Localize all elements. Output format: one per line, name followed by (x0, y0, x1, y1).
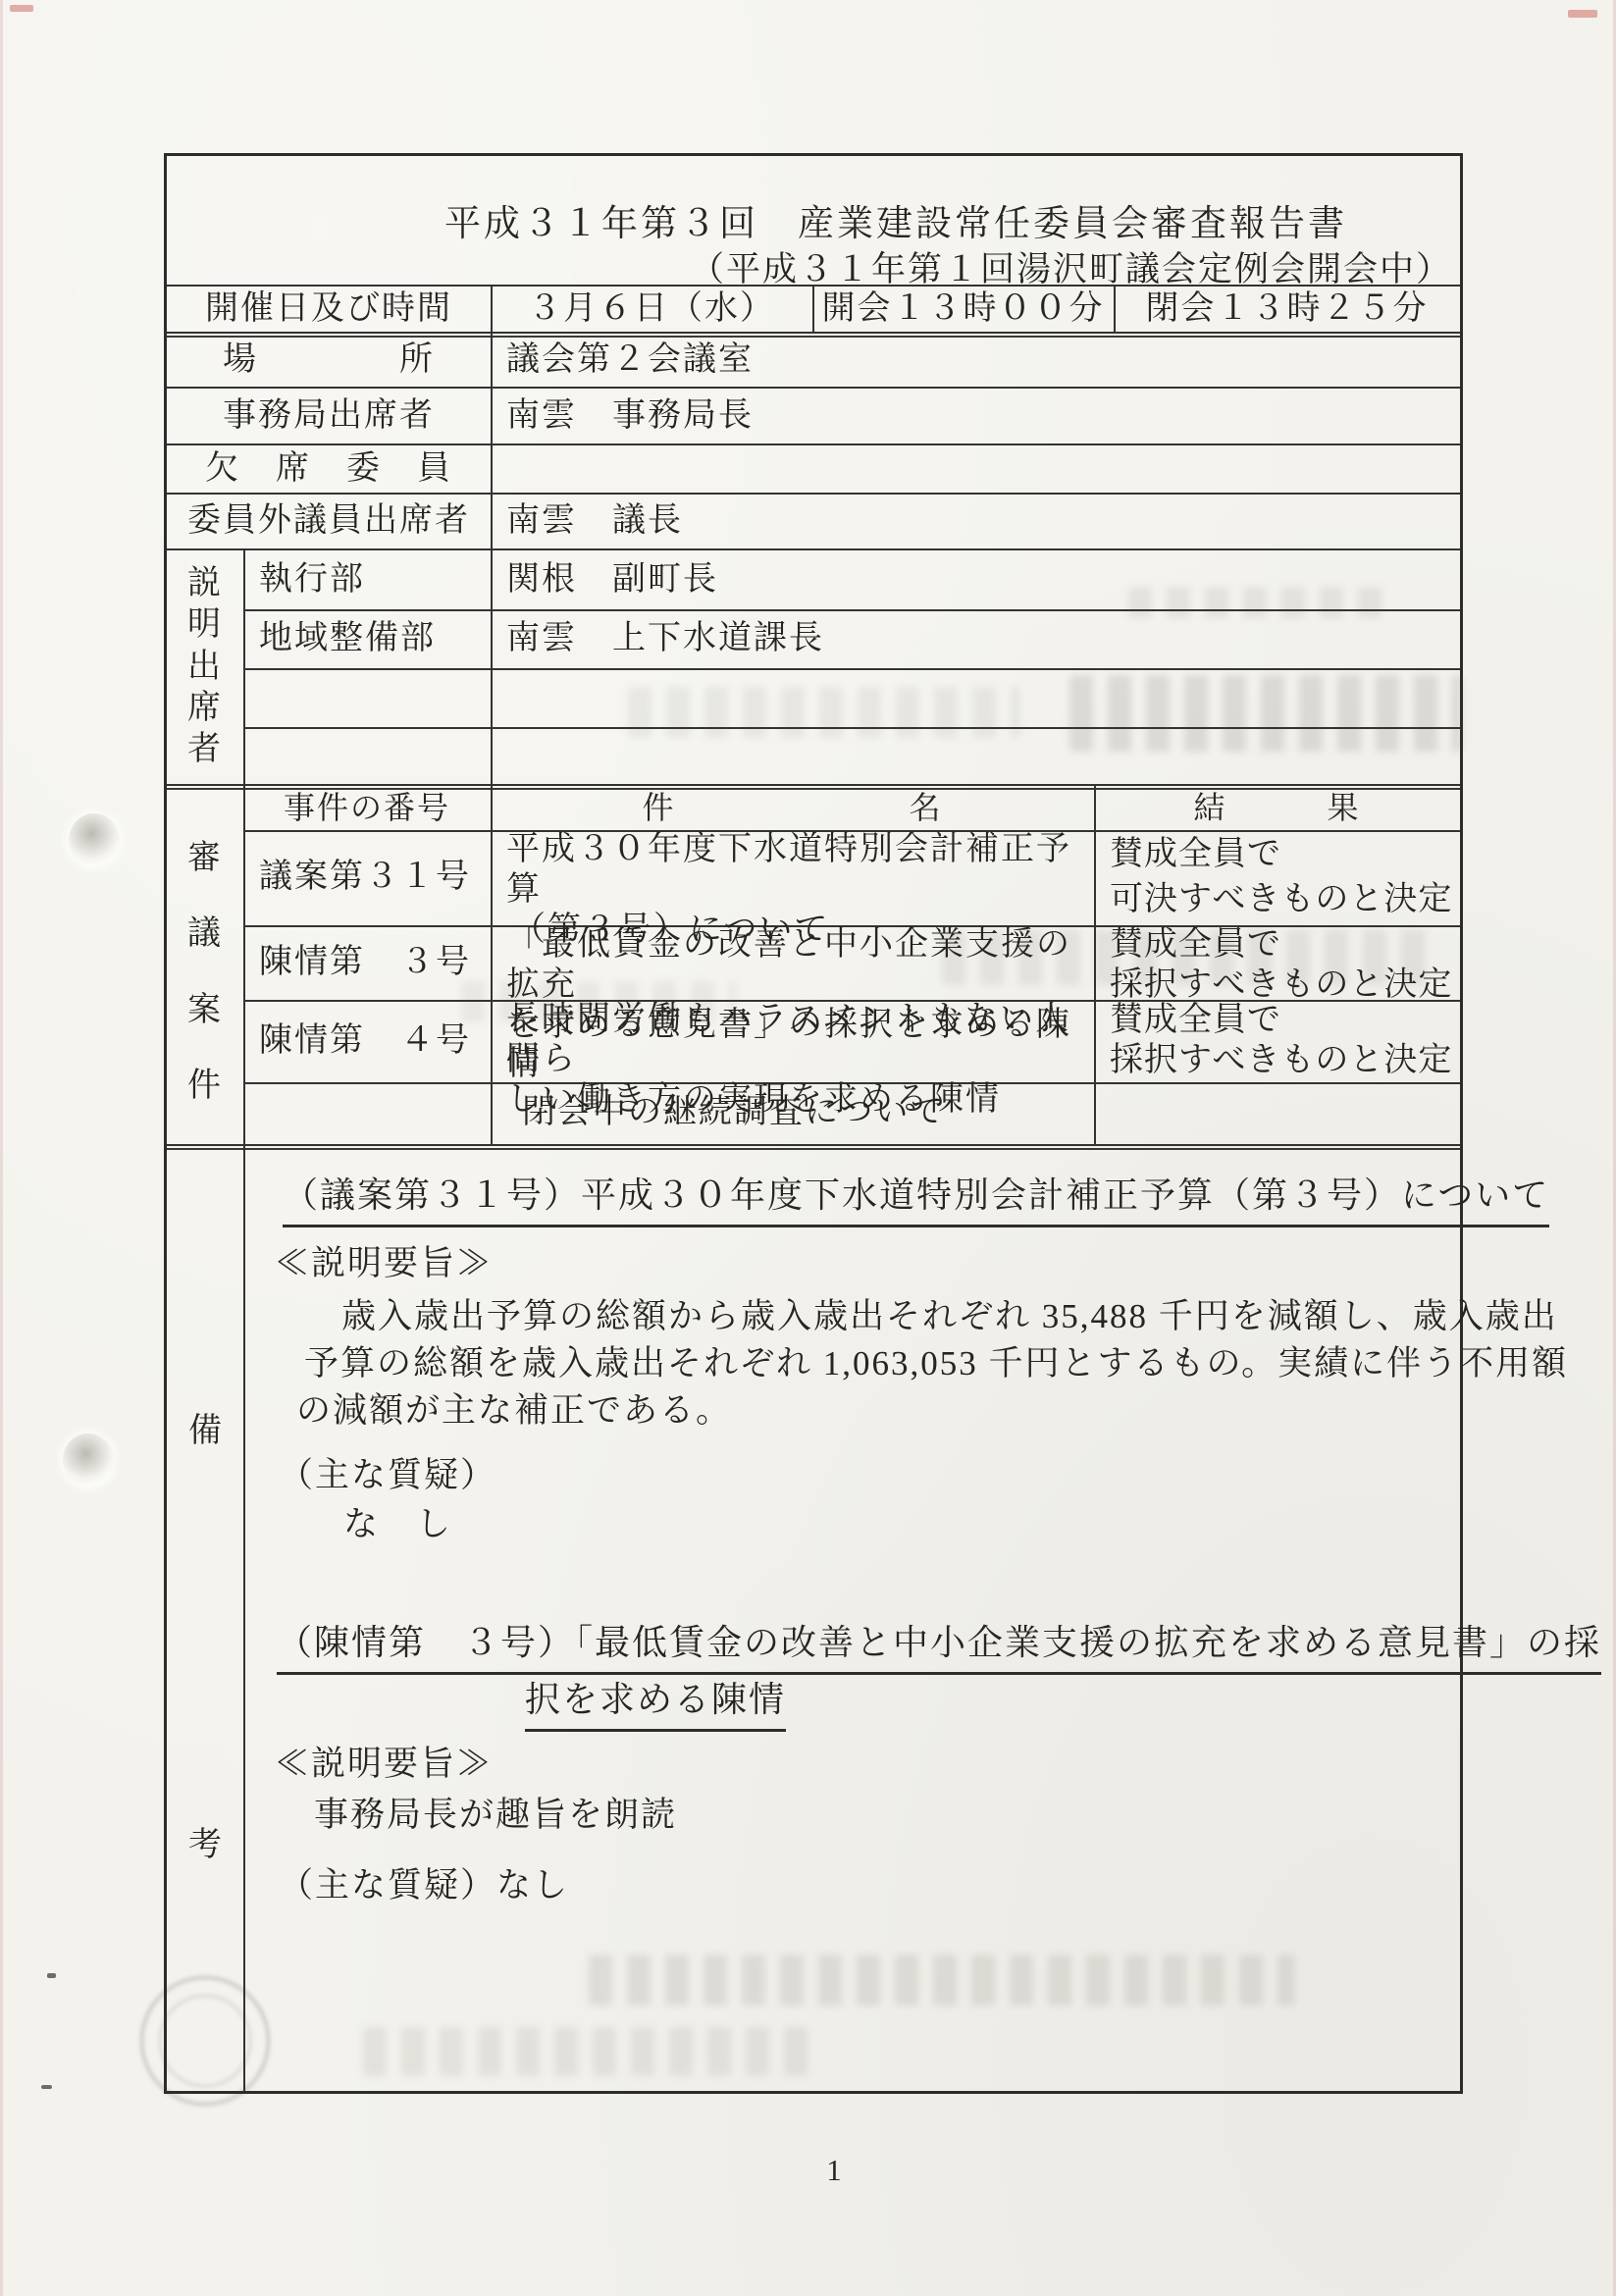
place-label: 場 所 (167, 334, 491, 387)
agenda-item-name: 長時間労働もハラスメントもない人間ら しい働き方の実現を求める陳情 (491, 1000, 1094, 1082)
case2-heading-line1: （陳情第 ３号）「最低賃金の改善と中小企業支援の拡充を求める意見書」の採 (277, 1615, 1601, 1675)
vertical-char: 出 (187, 648, 223, 688)
explain-attendees-vertical-label: 説 明 出 席 者 (167, 550, 243, 784)
secretariat-row: 事務局出席者 南雲 事務局長 (167, 389, 1460, 445)
scan-speck (41, 2085, 52, 2089)
agenda-item-result: 賛成全員で 採択すべきものと決定 (1094, 1000, 1460, 1082)
explain-dept (243, 727, 491, 786)
agenda-item-result-line: 賛成全員で (1110, 925, 1281, 965)
schedule-close-time: 閉会１３時２５分 (1114, 287, 1460, 332)
punch-hole (63, 1434, 114, 1487)
remarks-section: 備 考 （議案第３１号）平成３０年度下水道特別会計補正予算（第３号）について ≪… (167, 1146, 1460, 2091)
schedule-label: 開催日及び時間 (167, 287, 491, 332)
explain-dept: 地域整備部 (243, 609, 491, 668)
absent-row: 欠 席 委 員 (167, 445, 1460, 495)
report-table: 平成３１年第３回 産業建設常任委員会審査報告書 （平成３１年第１回湯沢町議会定例… (164, 153, 1463, 2094)
case1-question-label: （主な質疑） (279, 1448, 496, 1497)
scan-speck (47, 1973, 56, 1978)
agenda-item-name: 「最低賃金の改善と中小企業支援の拡充 を求める意見書」の採択を求める陳情 (491, 925, 1094, 1000)
agenda-item-name-line: 長時間労働もハラスメントもない人間ら (506, 1000, 1094, 1080)
vertical-char: 者 (187, 730, 223, 770)
explain-person: 南雲 上下水道課長 (491, 609, 1460, 668)
scan-artifact-mark (1568, 10, 1597, 18)
case2-heading-line2: 択を求める陳情 (525, 1672, 786, 1732)
agenda-item-result-line: 可決すべきものと決定 (1110, 880, 1452, 920)
outside-member-label: 委員外議員出席者 (167, 495, 491, 548)
explain-dept (243, 668, 491, 727)
explain-person (491, 727, 1460, 786)
place-value: 議会第２会議室 (491, 334, 1460, 387)
schedule-date: ３月６日（水） (491, 287, 812, 332)
explain-dept: 執行部 (243, 550, 491, 609)
agenda-header-name: 件 名 (491, 786, 1094, 830)
agenda-item-number: 陳情第 ３号 (243, 925, 491, 1000)
explain-person (491, 668, 1460, 727)
vertical-char: 説 (187, 564, 223, 604)
case2-summary-label: ≪説明要旨≫ (275, 1737, 493, 1786)
scan-edge-left (0, 0, 3, 2296)
report-title: 平成３１年第３回 産業建設常任委員会審査報告書 (444, 193, 1347, 246)
report-subtitle: （平成３１年第１回湯沢町議会定例会開会中） (690, 242, 1452, 291)
agenda-header-result: 結 果 (1094, 786, 1460, 830)
agenda-item-name: 平成３０年度下水道特別会計補正予算 （第３号）について (491, 830, 1094, 925)
agenda-item-result: 賛成全員で 可決すべきものと決定 (1094, 830, 1460, 925)
explain-person: 関根 副町長 (491, 550, 1460, 609)
scan-artifact-mark (10, 5, 33, 12)
page-number: 1 (800, 2153, 868, 2188)
secretariat-label: 事務局出席者 (167, 389, 491, 444)
remarks-vertical-char: 考 (167, 1817, 243, 1865)
absent-label: 欠 席 委 員 (167, 445, 491, 493)
agenda-item-number: 陳情第 ４号 (243, 1000, 491, 1082)
case1-summary-label: ≪説明要旨≫ (275, 1236, 493, 1285)
case1-body-line: 予算の総額を歳入歳出それぞれ 1,063,053 千円とするもの。実績に伴う不用… (304, 1336, 1568, 1385)
vertical-char: 席 (187, 689, 223, 729)
punch-hole (69, 813, 120, 866)
agenda-item-number: 議案第３１号 (243, 830, 491, 925)
vertical-char: 審 (187, 839, 223, 879)
case2-question: （主な質疑）なし (279, 1858, 569, 1907)
case1-body-line: 歳入歳出予算の総額から歳入歳出それぞれ 35,488 千円を減額し、歳入歳出 (341, 1289, 1558, 1338)
secretariat-value: 南雲 事務局長 (491, 389, 1460, 444)
agenda-item-name: 閉会中の継続調査について (522, 1082, 1094, 1144)
agenda-header-number: 事件の番号 (243, 786, 491, 830)
case1-heading: （議案第３１号）平成３０年度下水道特別会計補正予算（第３号）について (283, 1168, 1549, 1227)
schedule-open-time: 開会１３時００分 (812, 287, 1114, 332)
agenda-vertical-label: 審 議 案 件 (167, 825, 243, 1121)
remarks-vertical-char: 備 (167, 1403, 243, 1451)
agenda-item-name-line: 平成３０年度下水道特別会計補正予算 (506, 830, 1094, 911)
agenda-item-result-line: 賛成全員で (1110, 1001, 1281, 1041)
case1-question-answer: な し (343, 1497, 452, 1546)
vertical-char: 議 (187, 914, 223, 955)
outside-member-row: 委員外議員出席者 南雲 議長 (167, 495, 1460, 550)
vertical-char: 案 (187, 991, 223, 1031)
agenda-item-result: 賛成全員で 採択すべきものと決定 (1094, 925, 1460, 1000)
explain-attendees-section: 説 明 出 席 者 執行部 関根 副町長 地域整備部 南雲 上下水道課長 (167, 550, 1460, 786)
scanned-page: 平成３１年第３回 産業建設常任委員会審査報告書 （平成３１年第１回湯沢町議会定例… (0, 0, 1616, 2296)
absent-value (491, 445, 1460, 493)
place-row: 場 所 議会第２会議室 (167, 334, 1460, 389)
schedule-row: 開催日及び時間 ３月６日（水） 開会１３時００分 閉会１３時２５分 (167, 287, 1460, 334)
outside-member-value: 南雲 議長 (491, 495, 1460, 548)
vertical-char: 件 (187, 1067, 223, 1107)
agenda-item-name-line: 「最低賃金の改善と中小企業支援の拡充 (506, 925, 1094, 1006)
case1-body-line: の減額が主な補正である。 (296, 1383, 732, 1433)
agenda-item-result-line: 採択すべきものと決定 (1110, 1041, 1452, 1081)
agenda-item-result-line: 賛成全員で (1110, 835, 1281, 875)
title-block: 平成３１年第３回 産業建設常任委員会審査報告書 （平成３１年第１回湯沢町議会定例… (167, 156, 1460, 287)
vertical-char: 明 (187, 605, 223, 646)
case2-summary: 事務局長が趣旨を朗読 (314, 1788, 677, 1837)
agenda-section: 審 議 案 件 事件の番号 件 名 結 果 議案第３１号 平成３０年度下水道特別… (167, 786, 1460, 1146)
